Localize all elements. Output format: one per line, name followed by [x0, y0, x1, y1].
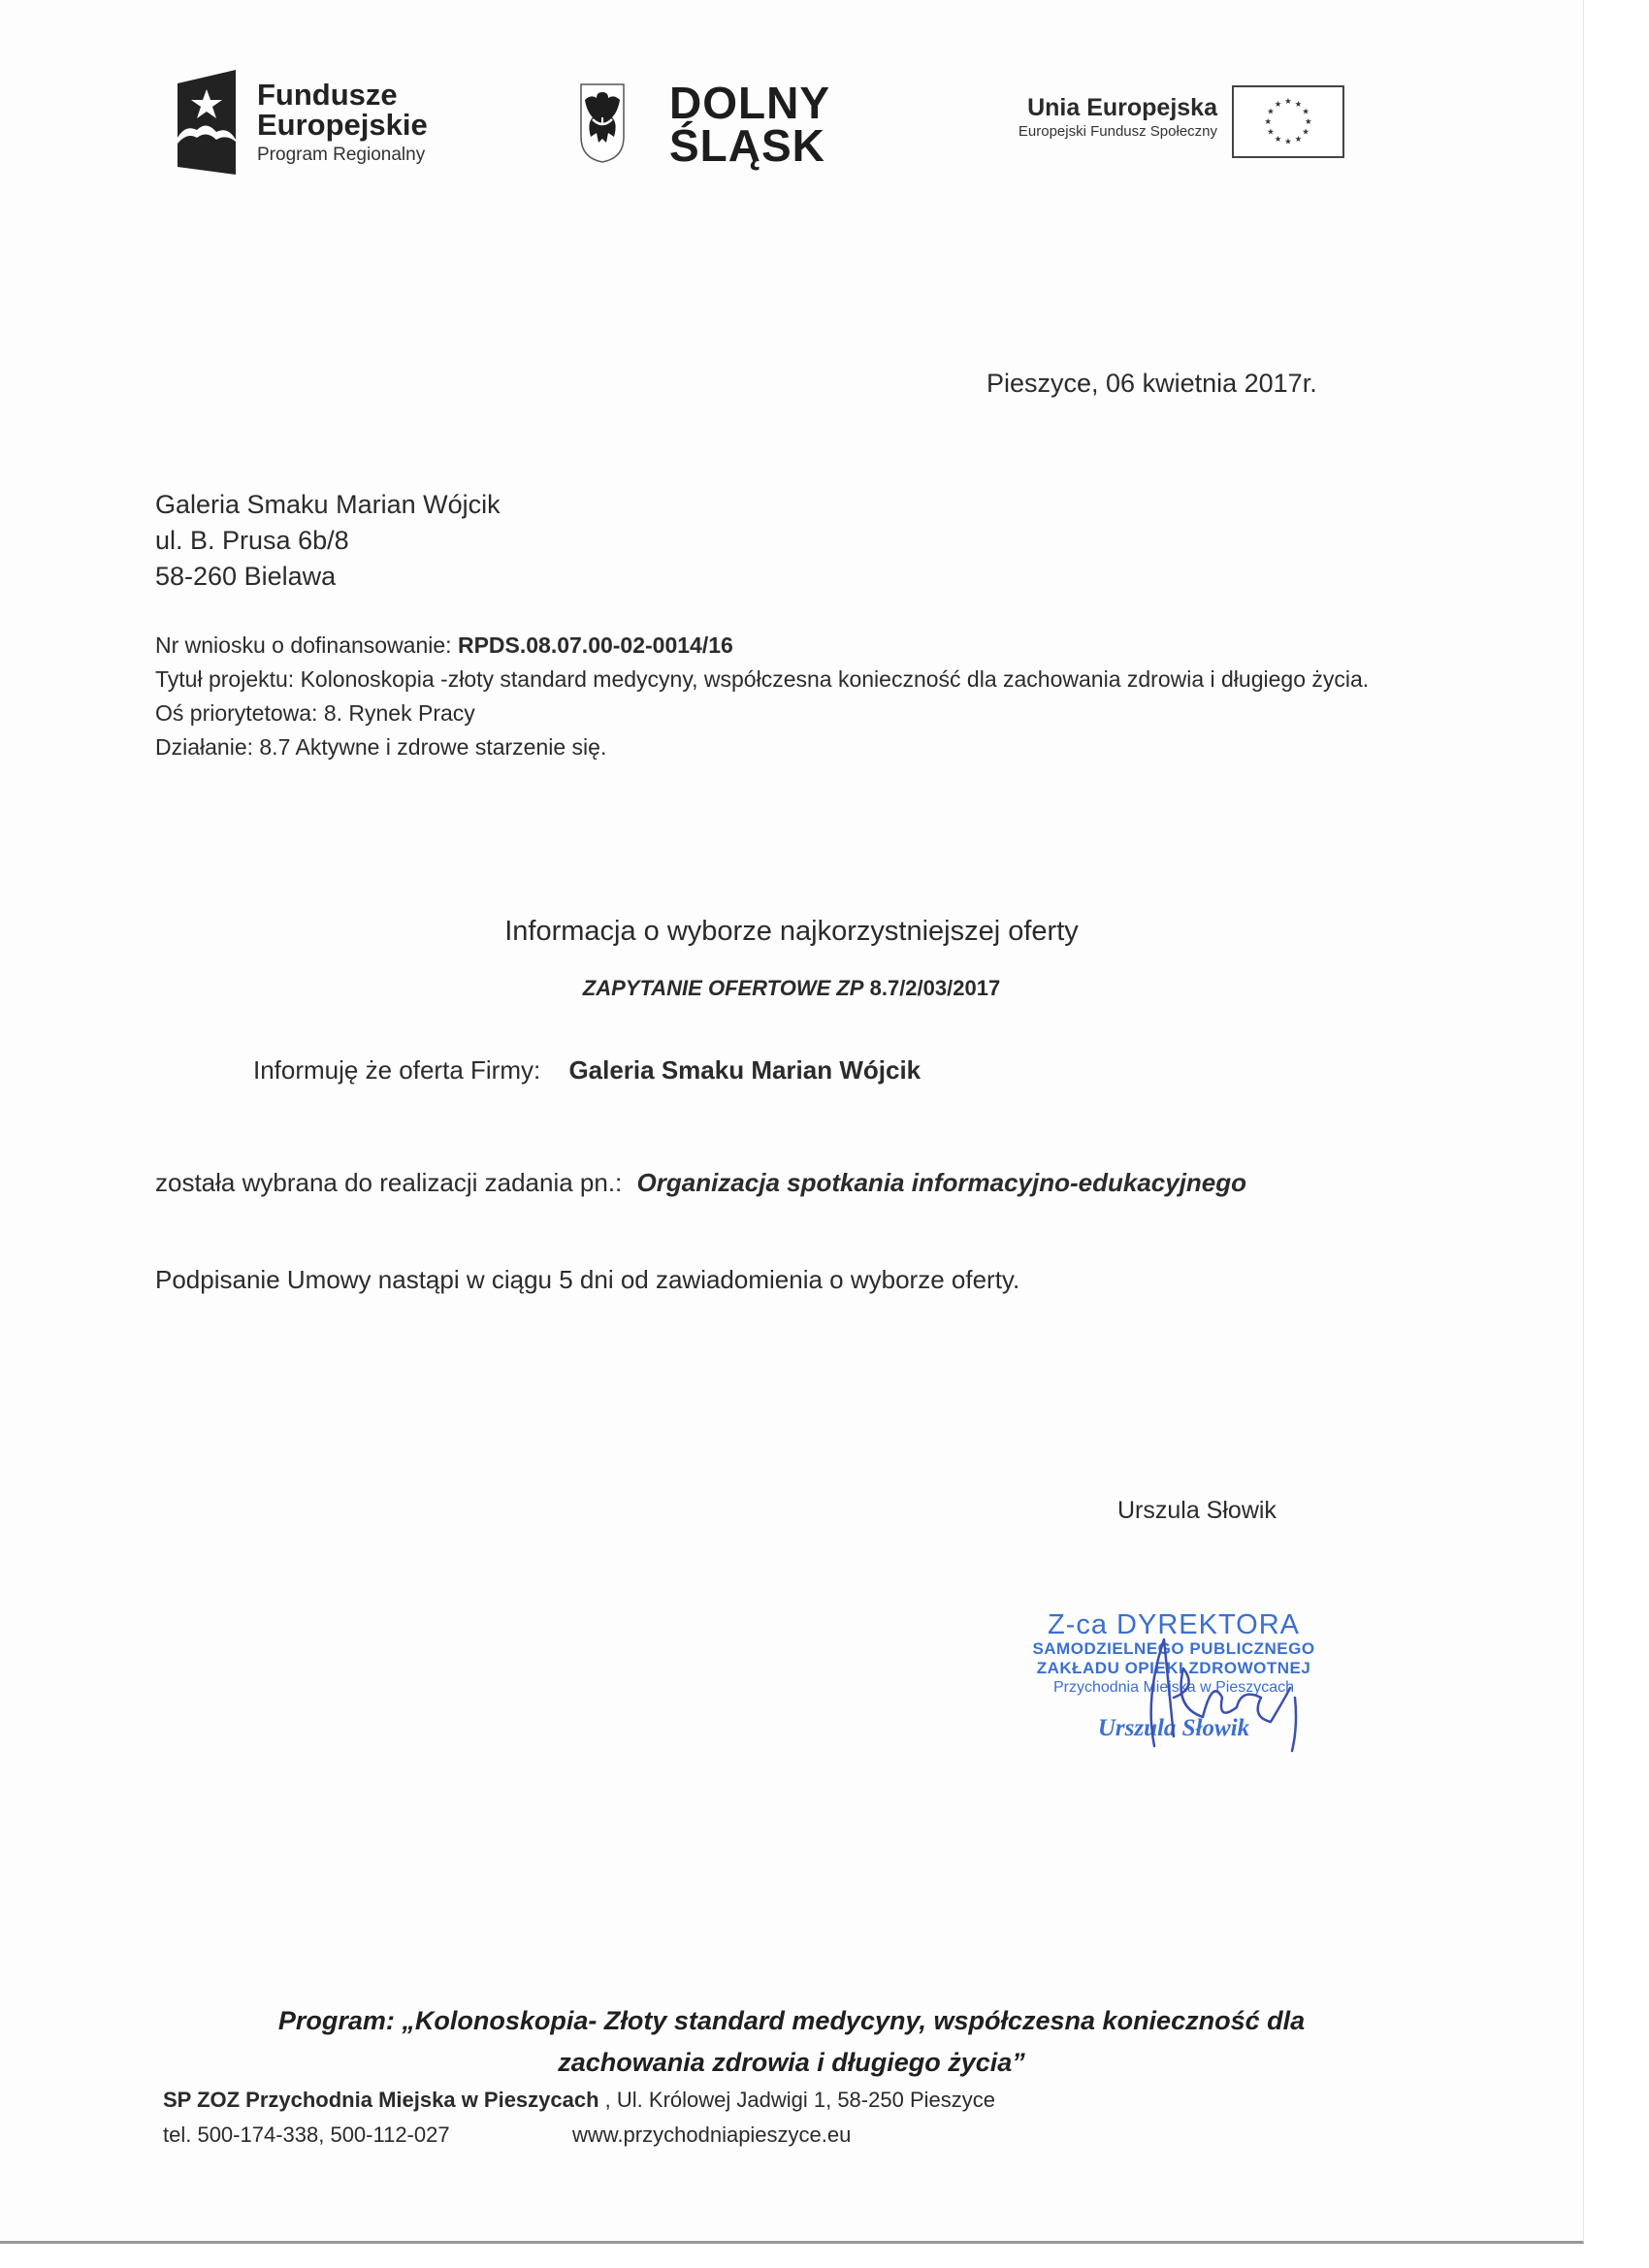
signing-info: Podpisanie Umowy nastąpi w ciągu 5 dni o…: [155, 1263, 1019, 1296]
footer-phones: tel. 500-174-338, 500-112-027: [163, 2119, 450, 2152]
application-number-line: Nr wniosku o dofinansowanie: RPDS.08.07.…: [155, 629, 1377, 663]
fundusze-europejskie-star-icon: [178, 70, 236, 175]
recipient-name: Galeria Smaku Marian Wójcik: [155, 487, 501, 523]
footer-organization: SP ZOZ Przychodnia Miejska w Pieszycach …: [163, 2084, 995, 2117]
svg-text:★: ★: [1264, 116, 1272, 126]
svg-text:★: ★: [1267, 126, 1275, 136]
inform-line: Informuję że oferta Firmy: Galeria Smaku…: [253, 1053, 921, 1086]
svg-text:★: ★: [1295, 134, 1303, 144]
ue-logo-text: Unia Europejska Europejski Fundusz Społe…: [946, 93, 1217, 142]
svg-text:★: ★: [1302, 106, 1309, 115]
ue-subtitle: Europejski Fundusz Społeczny: [946, 122, 1217, 142]
svg-text:★: ★: [1275, 134, 1282, 144]
action-line: Działanie: 8.7 Aktywne i zdrowe starzeni…: [155, 730, 1377, 764]
org-address: , Ul. Królowej Jadwigi 1, 58-250 Pieszyc…: [599, 2088, 995, 2112]
inquiry-number: 8.7/2/03/2017: [870, 976, 1001, 1000]
org-name: SP ZOZ Przychodnia Miejska w Pieszycach: [163, 2088, 599, 2112]
project-title: Tytuł projektu: Kolonoskopia -złoty stan…: [155, 663, 1377, 697]
signer-name: Urszula Słowik: [1117, 1494, 1277, 1527]
application-label: Nr wniosku o dofinansowanie:: [155, 632, 458, 658]
ue-title: Unia Europejska: [946, 93, 1217, 122]
svg-text:★: ★: [1275, 99, 1282, 109]
svg-text:★: ★: [1305, 116, 1312, 126]
inquiry-reference: ZAPYTANIE OFERTOWE ZP 8.7/2/03/2017: [0, 976, 1583, 1001]
inquiry-prefix: ZAPYTANIE OFERTOWE ZP: [583, 976, 864, 1000]
letter-date: Pieszyce, 06 kwietnia 2017r.: [986, 367, 1317, 400]
project-metadata: Nr wniosku o dofinansowanie: RPDS.08.07.…: [155, 629, 1377, 764]
svg-text:★: ★: [1284, 96, 1292, 106]
fe-line3: Program Regionalny: [257, 143, 428, 168]
ds-line2: ŚLĄSK: [669, 124, 830, 167]
recipient-street: ul. B. Prusa 6b/8: [155, 523, 501, 559]
footer-website-link[interactable]: www.przychodniapieszyce.eu: [572, 2119, 851, 2152]
firm-name: Galeria Smaku Marian Wójcik: [568, 1055, 921, 1085]
footer-program: Program: „Kolonoskopia- Złoty standard m…: [0, 2000, 1583, 2084]
handwritten-signature-icon: [1115, 1630, 1309, 1756]
fe-line2: Europejskie: [257, 110, 428, 140]
ds-line1: DOLNY: [669, 81, 830, 124]
document-page: Fundusze Europejskie Program Regionalny …: [0, 0, 1584, 2244]
program-line2: zachowania zdrowia i długiego życia”: [0, 2042, 1583, 2084]
svg-text:★: ★: [1284, 137, 1292, 146]
recipient-address: Galeria Smaku Marian Wójcik ul. B. Prusa…: [155, 487, 501, 595]
program-line1: Program: „Kolonoskopia- Złoty standard m…: [0, 2000, 1583, 2042]
inform-text: Informuję że oferta Firmy:: [253, 1055, 540, 1085]
recipient-city: 58-260 Bielawa: [155, 559, 501, 595]
fe-line1: Fundusze: [257, 80, 428, 110]
task-name: Organizacja spotkania informacyjno-eduka…: [637, 1168, 1247, 1197]
silesian-eagle-crest-icon: [579, 82, 626, 164]
dolny-slask-logo-text: DOLNY ŚLĄSK: [669, 81, 830, 167]
svg-text:★: ★: [1302, 126, 1309, 136]
chosen-line: została wybrana do realizacji zadania pn…: [155, 1166, 1246, 1199]
priority-axis: Oś priorytetowa: 8. Rynek Pracy: [155, 697, 1377, 730]
fundusze-europejskie-logo-text: Fundusze Europejskie Program Regionalny: [257, 80, 428, 168]
eu-flag-icon: ★★★★★★★★★★★★: [1232, 85, 1344, 158]
application-number: RPDS.08.07.00-02-0014/16: [458, 632, 733, 658]
document-heading: Informacja o wyborze najkorzystniejszej …: [0, 916, 1583, 948]
chosen-text: została wybrana do realizacji zadania pn…: [155, 1168, 622, 1197]
